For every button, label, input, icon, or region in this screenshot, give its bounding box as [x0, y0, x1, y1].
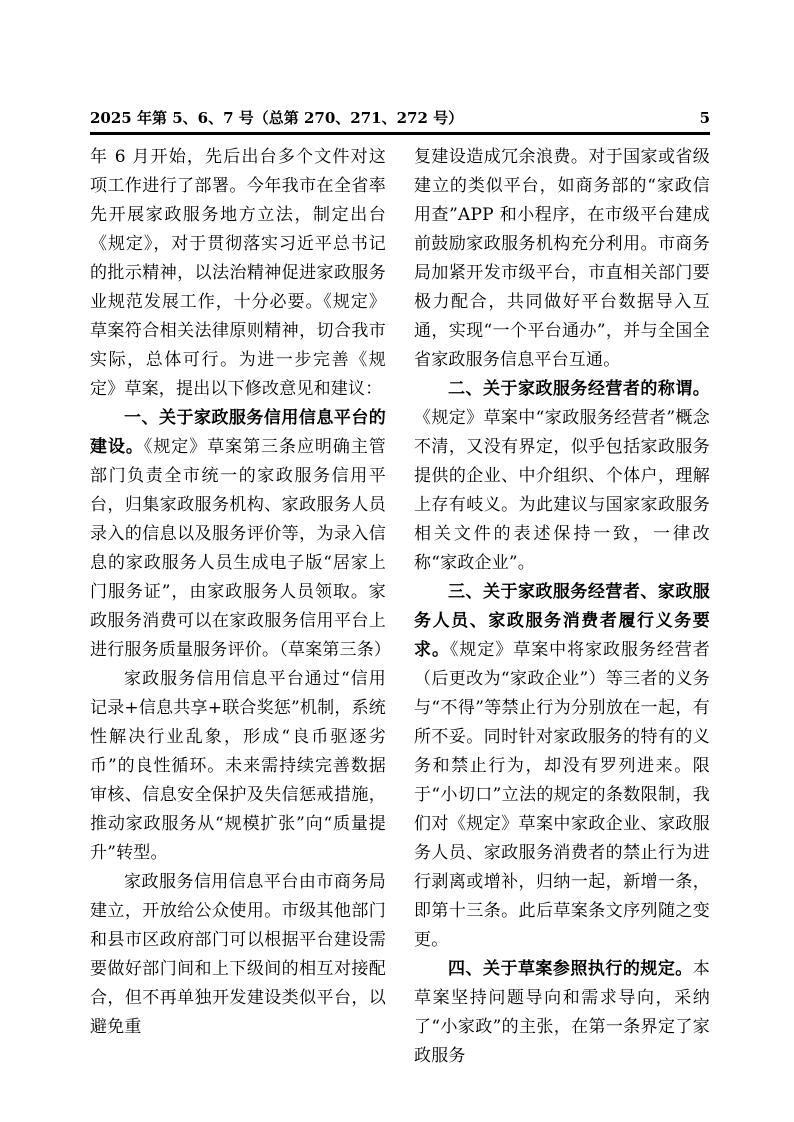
section-heading: 四、关于草案参照执行的规定。 — [448, 959, 693, 979]
document-page: 2025 年第 5、6、7 号（总第 270、271、272 号） 5 年 6 … — [0, 0, 794, 1122]
paragraph: 家政服务信用信息平台通过“信用记录+信息共享+联合奖惩”机制，系统性解决行业乱象… — [90, 665, 386, 868]
section-heading: 二、关于家政服务经营者的称谓。 — [448, 379, 710, 399]
right-column: 复建设造成冗余浪费。对于国家或省级建立的类似平台，如商务部的“家政信用查”APP… — [414, 143, 710, 1071]
section-heading: 一、关于家政服务信用信息平台的建设。 — [90, 408, 386, 457]
issue-line: 2025 年第 5、6、7 号（总第 270、271、272 号） — [90, 108, 463, 128]
paragraph: 二、关于家政服务经营者的称谓。《规定》草案中“家政服务经营者”概念不清，又没有界… — [414, 375, 710, 578]
section-heading: 三、关于家政服务经营者、家政服务人员、家政服务消费者履行义务要求。 — [414, 582, 710, 660]
paragraph: 四、关于草案参照执行的规定。本草案坚持问题导向和需求导向，采纳了“小家政”的主张… — [414, 955, 710, 1071]
paragraph: 复建设造成冗余浪费。对于国家或省级建立的类似平台，如商务部的“家政信用查”APP… — [414, 143, 710, 375]
paragraph: 年 6 月开始，先后出台多个文件对这项工作进行了部署。今年我市在全省率先开展家政… — [90, 143, 386, 404]
paragraph: 三、关于家政服务经营者、家政服务人员、家政服务消费者履行义务要求。《规定》草案中… — [414, 578, 710, 955]
paragraph: 家政服务信用信息平台由市商务局建立，开放给公众使用。市级其他部门和县市区政府部门… — [90, 868, 386, 1042]
page-header: 2025 年第 5、6、7 号（总第 270、271、272 号） 5 — [90, 108, 710, 135]
page-number: 5 — [700, 108, 710, 128]
left-column: 年 6 月开始，先后出台多个文件对这项工作进行了部署。今年我市在全省率先开展家政… — [90, 143, 386, 1071]
text-columns: 年 6 月开始，先后出台多个文件对这项工作进行了部署。今年我市在全省率先开展家政… — [90, 143, 710, 1071]
paragraph: 一、关于家政服务信用信息平台的建设。《规定》草案第三条应明确主管部门负责全市统一… — [90, 404, 386, 665]
